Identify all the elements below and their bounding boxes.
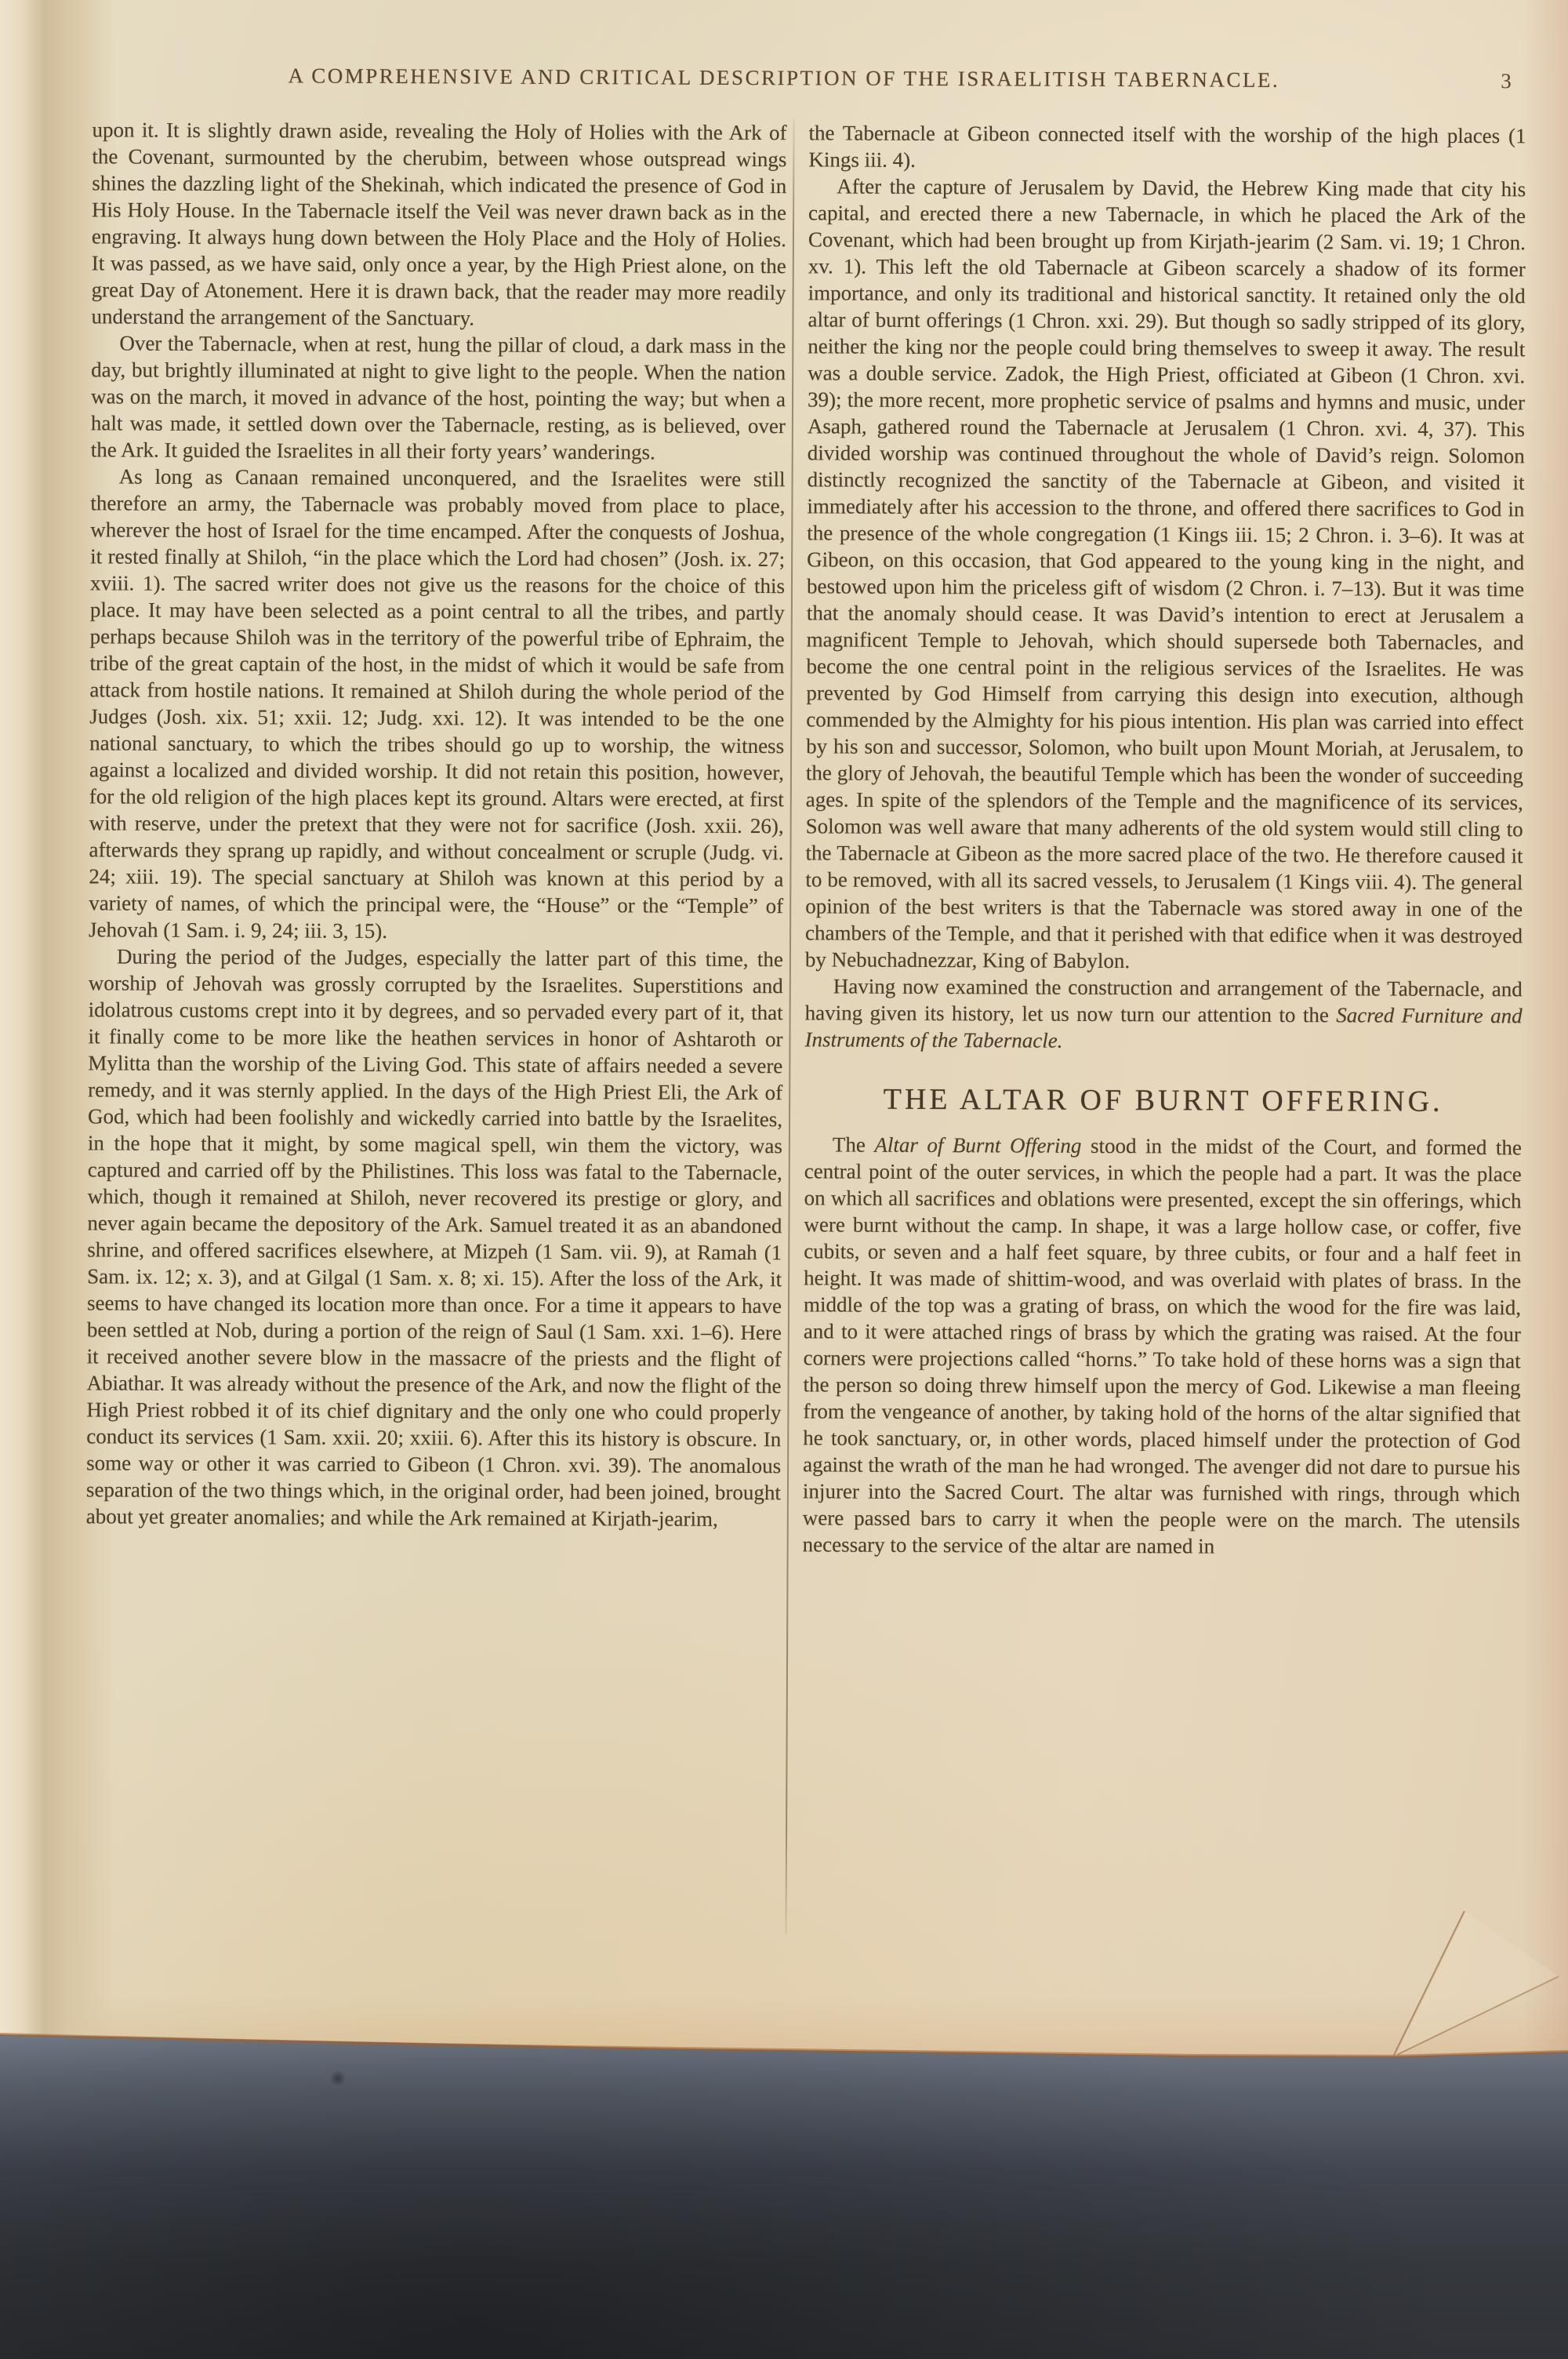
- paragraph: the Tabernacle at Gibeon connected itsel…: [808, 119, 1526, 176]
- italic-phrase: Altar of Burnt Offering: [874, 1133, 1081, 1158]
- paragraph: Having now examined the construction and…: [804, 972, 1522, 1056]
- book-page: A COMPREHENSIVE AND CRITICAL DESCRIPTION…: [0, 0, 1568, 2090]
- text-run: During the period of the Judges, especia…: [86, 944, 783, 1530]
- text-run: The: [833, 1132, 875, 1156]
- text-run: As long as Canaan remained unconquered, …: [89, 464, 786, 942]
- paragraph: The Altar of Burnt Offering stood in the…: [803, 1131, 1522, 1561]
- paragraph: upon it. It is slightly drawn aside, rev…: [91, 116, 786, 333]
- text-run: After the capture of Jerusalem by David,…: [805, 174, 1526, 972]
- paragraph: After the capture of Jerusalem by David,…: [805, 173, 1526, 976]
- column-divider-rule: [786, 119, 795, 1935]
- text-run: upon it. It is slightly drawn aside, rev…: [91, 118, 786, 329]
- page-content: A COMPREHENSIVE AND CRITICAL DESCRIPTION…: [0, 0, 1568, 2097]
- paragraph: Over the Tabernacle, when at rest, hung …: [91, 329, 786, 466]
- text-run: the Tabernacle at Gibeon connected itsel…: [808, 121, 1526, 172]
- text-column-right: the Tabernacle at Gibeon connected itsel…: [803, 119, 1526, 1561]
- text-column-left: upon it. It is slightly drawn aside, rev…: [86, 116, 787, 1532]
- paragraph: As long as Canaan remained unconquered, …: [89, 463, 786, 946]
- running-head-title: A COMPREHENSIVE AND CRITICAL DESCRIPTION…: [118, 63, 1450, 93]
- paragraph: During the period of the Judges, especia…: [86, 943, 783, 1532]
- text-run: Over the Tabernacle, when at rest, hung …: [91, 331, 786, 463]
- dust-speck: [329, 2070, 347, 2086]
- page-number: 3: [1501, 69, 1512, 93]
- text-run: stood in the midst of the Court, and for…: [803, 1134, 1522, 1558]
- photographed-book-scene: A COMPREHENSIVE AND CRITICAL DESCRIPTION…: [0, 0, 1568, 2359]
- section-heading: THE ALTAR OF BURNT OFFERING.: [804, 1085, 1522, 1115]
